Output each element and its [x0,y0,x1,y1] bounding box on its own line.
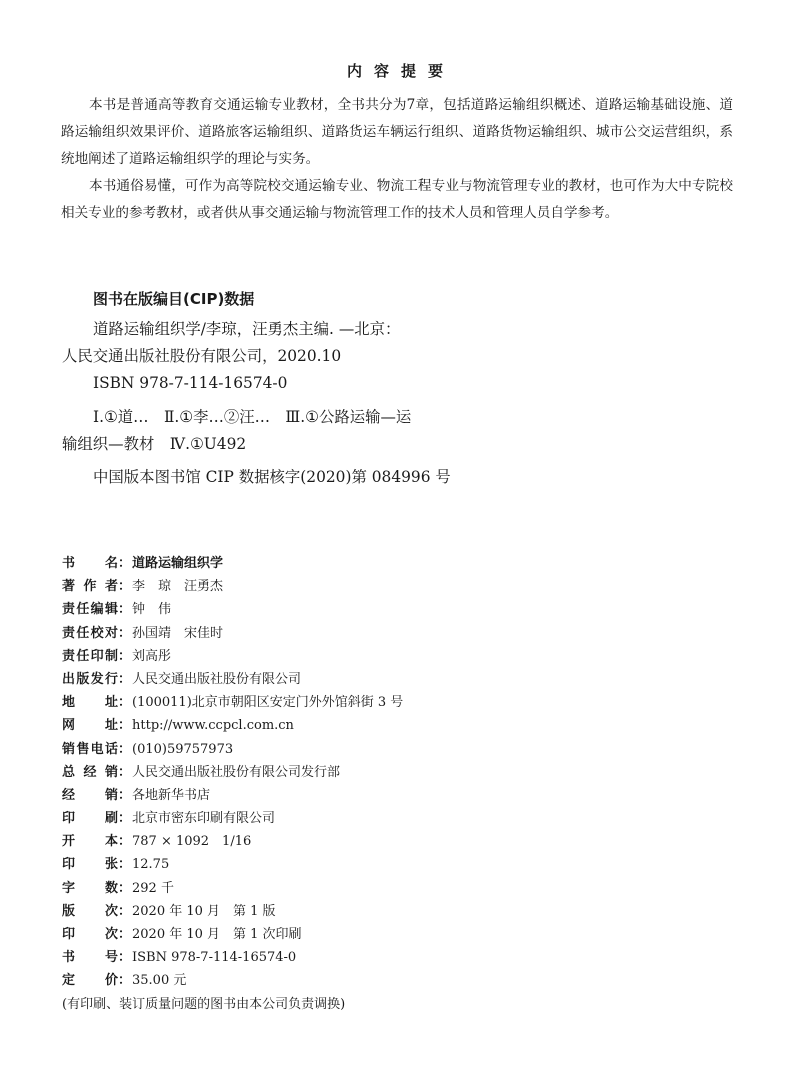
colophon-row: 责任编辑：钟 伟 [62,598,403,621]
colophon-label: 责任印制 [62,645,118,668]
colophon-colon: ： [118,598,132,621]
colophon-label: 书名 [62,552,118,575]
colophon-value: 292 千 [132,877,174,900]
colophon-label: 字数 [62,877,118,900]
colophon-colon: ： [118,575,132,598]
colophon-label: 责任校对 [62,622,118,645]
colophon-label: 网址 [62,714,118,737]
summary-paragraph: 本书是普通高等教育交通运输专业教材，全书共分为7章，包括道路运输组织概述、道路运… [61,92,733,173]
colophon-row: 字数：292 千 [62,877,403,900]
colophon-row: 著作者：李 琼 汪勇杰 [62,575,403,598]
colophon-row: 印张：12.75 [62,853,403,876]
colophon-value: 35.00 元 [132,969,186,992]
colophon-label: 责任编辑 [62,598,118,621]
colophon-value: 刘高彤 [132,645,171,668]
summary-body: 本书是普通高等教育交通运输专业教材，全书共分为7章，包括道路运输组织概述、道路运… [61,92,733,227]
quality-note: (有印刷、装订质量问题的图书由本公司负责调换) [62,993,403,1016]
colophon-label: 著作者 [62,575,118,598]
colophon-value: (100011)北京市朝阳区安定门外外馆斜街 3 号 [132,691,403,714]
colophon-colon: ： [118,877,132,900]
colophon-label: 定价 [62,969,118,992]
colophon-value: 道路运输组织学 [132,552,223,575]
colophon-row: 销售电话：(010)59757973 [62,738,403,761]
colophon-colon: ： [118,830,132,853]
cip-publisher-line: 人民交通出版社股份有限公司，2020.10 [62,343,502,370]
cip-heading: 图书在版编目(CIP)数据 [93,288,254,309]
colophon-row: 书号：ISBN 978-7-114-16574-0 [62,946,403,969]
colophon-value: 钟 伟 [132,598,171,621]
cip-classification-line: 输组织—教材 Ⅳ.①U492 [62,431,502,458]
colophon-value: 各地新华书店 [132,784,210,807]
colophon-label: 书号 [62,946,118,969]
colophon-value: 孙国靖 宋佳时 [132,622,223,645]
colophon-label: 销售电话 [62,738,118,761]
colophon-colon: ： [118,761,132,784]
colophon-colon: ： [118,853,132,876]
colophon-row: 印刷：北京市密东印刷有限公司 [62,807,403,830]
colophon-colon: ： [118,668,132,691]
colophon-colon: ： [118,714,132,737]
colophon-row: 经销：各地新华书店 [62,784,403,807]
colophon-colon: ： [118,738,132,761]
colophon-row: 定价：35.00 元 [62,969,403,992]
colophon-colon: ： [118,552,132,575]
colophon-value: 2020 年 10 月 第 1 版 [132,900,276,923]
colophon-colon: ： [118,969,132,992]
colophon-label: 出版发行 [62,668,118,691]
colophon-value: http://www.ccpcl.com.cn [132,714,294,737]
colophon-label: 地址 [62,691,118,714]
colophon-value: (010)59757973 [132,738,233,761]
colophon-value: 人民交通出版社股份有限公司 [132,668,301,691]
cip-record-number-block: 中国版本图书馆 CIP 数据核字(2020)第 084996 号 [62,464,502,491]
colophon-row: 责任校对：孙国靖 宋佳时 [62,622,403,645]
colophon-label: 开本 [62,830,118,853]
colophon-colon: ： [118,946,132,969]
colophon-value: 787 × 1092 1/16 [132,830,251,853]
colophon-colon: ： [118,923,132,946]
colophon-colon: ： [118,622,132,645]
colophon-label: 印张 [62,853,118,876]
colophon-colon: ： [118,784,132,807]
cip-isbn: ISBN 978-7-114-16574-0 [62,370,502,397]
colophon-label: 印刷 [62,807,118,830]
colophon-label: 总经销 [62,761,118,784]
colophon-label: 版次 [62,900,118,923]
colophon-label: 印次 [62,923,118,946]
colophon-table: 书名：道路运输组织学著作者：李 琼 汪勇杰责任编辑：钟 伟责任校对：孙国靖 宋佳… [62,552,403,1016]
cip-record-number: 中国版本图书馆 CIP 数据核字(2020)第 084996 号 [62,464,502,491]
colophon-colon: ： [118,900,132,923]
colophon-value: 2020 年 10 月 第 1 次印刷 [132,923,302,946]
colophon-row: 地址：(100011)北京市朝阳区安定门外外馆斜街 3 号 [62,691,403,714]
cip-title-line: 道路运输组织学/李琼，汪勇杰主编. —北京： [62,316,502,343]
colophon-colon: ： [118,691,132,714]
colophon-colon: ： [118,645,132,668]
cip-record: 道路运输组织学/李琼，汪勇杰主编. —北京： 人民交通出版社股份有限公司，202… [62,316,502,397]
colophon-row: 出版发行：人民交通出版社股份有限公司 [62,668,403,691]
colophon-row: 网址：http://www.ccpcl.com.cn [62,714,403,737]
colophon-row: 总经销：人民交通出版社股份有限公司发行部 [62,761,403,784]
colophon-value: 北京市密东印刷有限公司 [132,807,275,830]
colophon-row: 开本：787 × 1092 1/16 [62,830,403,853]
colophon-colon: ： [118,807,132,830]
colophon-row: 版次：2020 年 10 月 第 1 版 [62,900,403,923]
colophon-label: 经销 [62,784,118,807]
colophon-row: 责任印制：刘高彤 [62,645,403,668]
colophon-value: ISBN 978-7-114-16574-0 [132,946,296,969]
cip-classification-line: Ⅰ.①道… Ⅱ.①李…②汪… Ⅲ.①公路运输—运 [62,404,502,431]
colophon-row: 印次：2020 年 10 月 第 1 次印刷 [62,923,403,946]
colophon-value: 李 琼 汪勇杰 [132,575,223,598]
colophon-value: 人民交通出版社股份有限公司发行部 [132,761,340,784]
summary-title: 内容提要 [0,60,790,81]
cip-classification: Ⅰ.①道… Ⅱ.①李…②汪… Ⅲ.①公路运输—运 输组织—教材 Ⅳ.①U492 [62,404,502,458]
colophon-row: 书名：道路运输组织学 [62,552,403,575]
colophon-value: 12.75 [132,853,169,876]
summary-paragraph: 本书通俗易懂，可作为高等院校交通运输专业、物流工程专业与物流管理专业的教材，也可… [61,173,733,227]
